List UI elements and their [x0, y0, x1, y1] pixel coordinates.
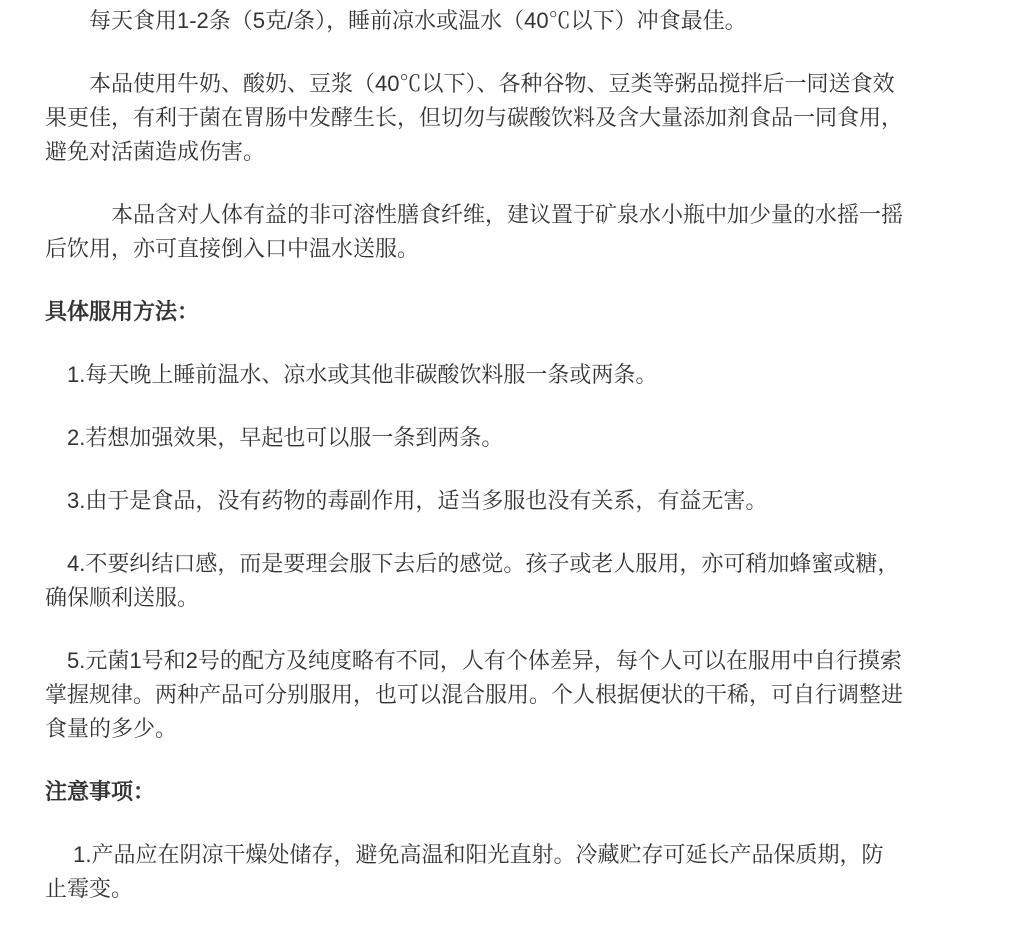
usage-step-2: 2.若想加强效果，早起也可以服一条到两条。 — [45, 421, 903, 455]
usage-method-heading: 具体服用方法： — [45, 295, 903, 329]
usage-step-5: 5.元菌1号和2号的配方及纯度略有不同，人有个体差异，每个人可以在服用中自行摸索… — [45, 644, 903, 746]
precautions-heading: 注意事项： — [45, 775, 903, 809]
dietary-fiber-paragraph: 本品含对人体有益的非可溶性膳食纤维，建议置于矿泉水小瓶中加少量的水摇一摇后饮用，… — [45, 198, 903, 266]
usage-step-4: 4.不要纠结口感，而是要理会服下去后的感觉。孩子或老人服用，亦可稍加蜂蜜或糖，确… — [45, 547, 903, 615]
mixing-with-foods-paragraph: 本品使用牛奶、酸奶、豆浆（40℃以下）、各种谷物、豆类等粥品搅拌后一同送食效果更… — [45, 67, 903, 169]
usage-step-1: 1.每天晚上睡前温水、凉水或其他非碳酸饮料服一条或两条。 — [45, 358, 903, 392]
usage-step-3: 3.由于是食品，没有药物的毒副作用，适当多服也没有关系，有益无害。 — [45, 484, 903, 518]
product-instructions-document: 每天食用1-2条（5克/条），睡前凉水或温水（40℃以下）冲食最佳。 本品使用牛… — [0, 0, 903, 906]
precaution-1: 1.产品应在阴凉干燥处储存，避免高温和阳光直射。冷藏贮存可延长产品保质期，防止霉… — [45, 838, 903, 906]
daily-dosage-paragraph: 每天食用1-2条（5克/条），睡前凉水或温水（40℃以下）冲食最佳。 — [45, 4, 903, 38]
